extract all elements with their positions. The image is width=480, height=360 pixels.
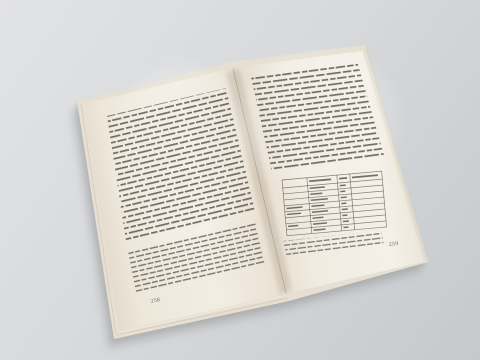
book-photo-svg: 258 bbox=[0, 0, 480, 360]
right-page-number: 259 bbox=[389, 241, 399, 248]
photo-of-open-book: 258 bbox=[0, 0, 480, 360]
